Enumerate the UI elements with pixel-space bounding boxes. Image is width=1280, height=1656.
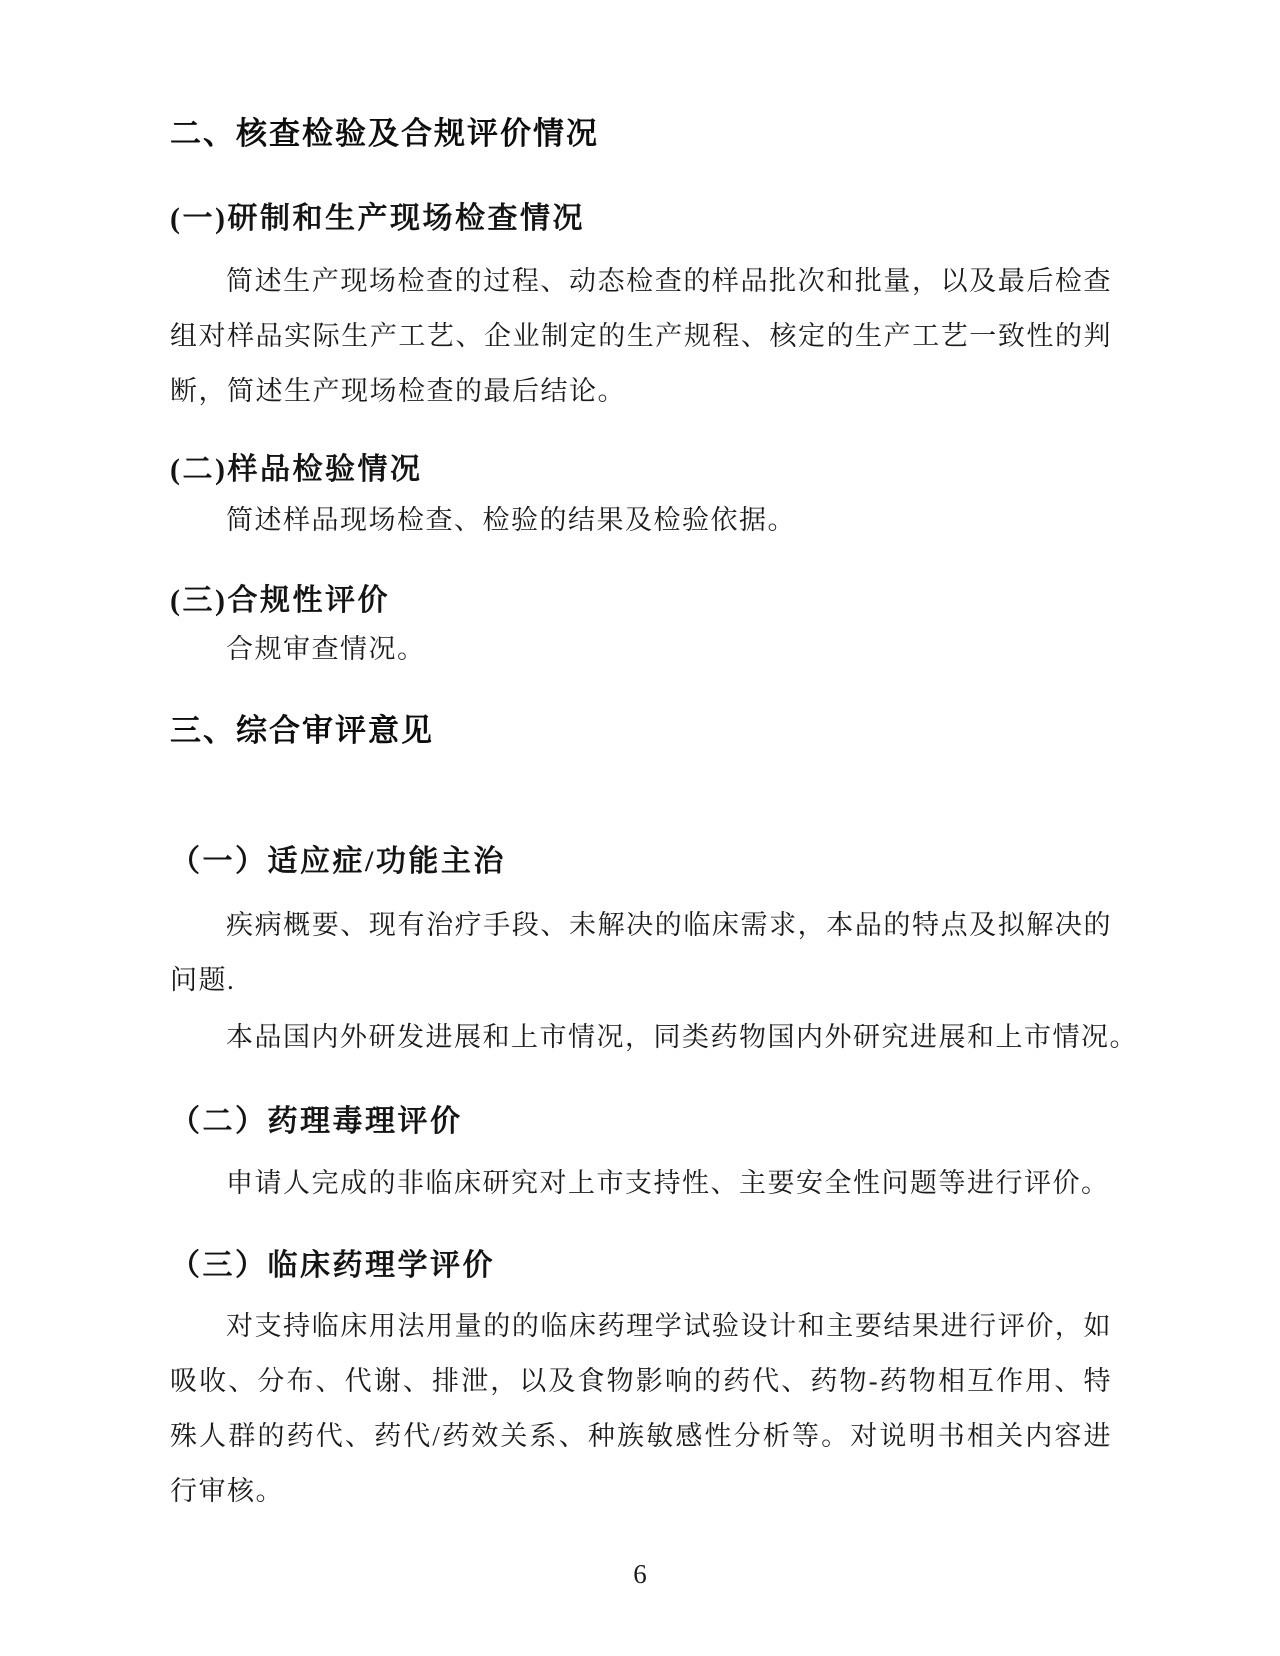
paragraph-compliance-review: 合规审查情况。 xyxy=(170,622,1112,677)
paragraph-nonclinical-study-evaluation: 申请人完成的非临床研究对上市支持性、主要安全性问题等进行评价。 xyxy=(170,1156,1112,1211)
subsection-heading-pharmacology-toxicology-evaluation: （二）药理毒理评价 xyxy=(170,1102,463,1142)
document-page: 二、核查检验及合规评价情况 (一)研制和生产现场检查情况 简述生产现场检查的过程… xyxy=(0,0,1280,1656)
section-heading-comprehensive-review-opinion: 三、综合审评意见 xyxy=(170,710,434,752)
paragraph-disease-overview: 疾病概要、现有治疗手段、未解决的临床需求，本品的特点及拟解决的问题. xyxy=(170,898,1112,1008)
subsection-heading-development-production-site-inspection: (一)研制和生产现场检查情况 xyxy=(170,199,585,239)
paragraph-production-site-inspection: 简述生产现场检查的过程、动态检查的样品批次和批量，以及最后检查组对样品实际生产工… xyxy=(170,254,1112,419)
subsection-heading-sample-testing: (二)样品检验情况 xyxy=(170,450,422,490)
paragraph-clinical-pharmacology-evaluation: 对支持临床用法用量的的临床药理学试验设计和主要结果进行评价，如吸收、分布、代谢、… xyxy=(170,1299,1112,1519)
paragraph-sample-testing: 简述样品现场检查、检验的结果及检验依据。 xyxy=(170,493,1112,548)
subsection-heading-compliance-evaluation: (三)合规性评价 xyxy=(170,581,390,621)
section-heading-check-inspection: 二、核查检验及合规评价情况 xyxy=(170,113,599,155)
subsection-heading-clinical-pharmacology-evaluation: （三）临床药理学评价 xyxy=(170,1246,495,1286)
paragraph-rd-progress-market-status: 本品国内外研发进展和上市情况，同类药物国内外研究进展和上市情况。 xyxy=(170,1010,1112,1065)
page-number: 6 xyxy=(0,1556,1280,1592)
subsection-heading-indications: （一）适应症/功能主治 xyxy=(170,842,506,882)
